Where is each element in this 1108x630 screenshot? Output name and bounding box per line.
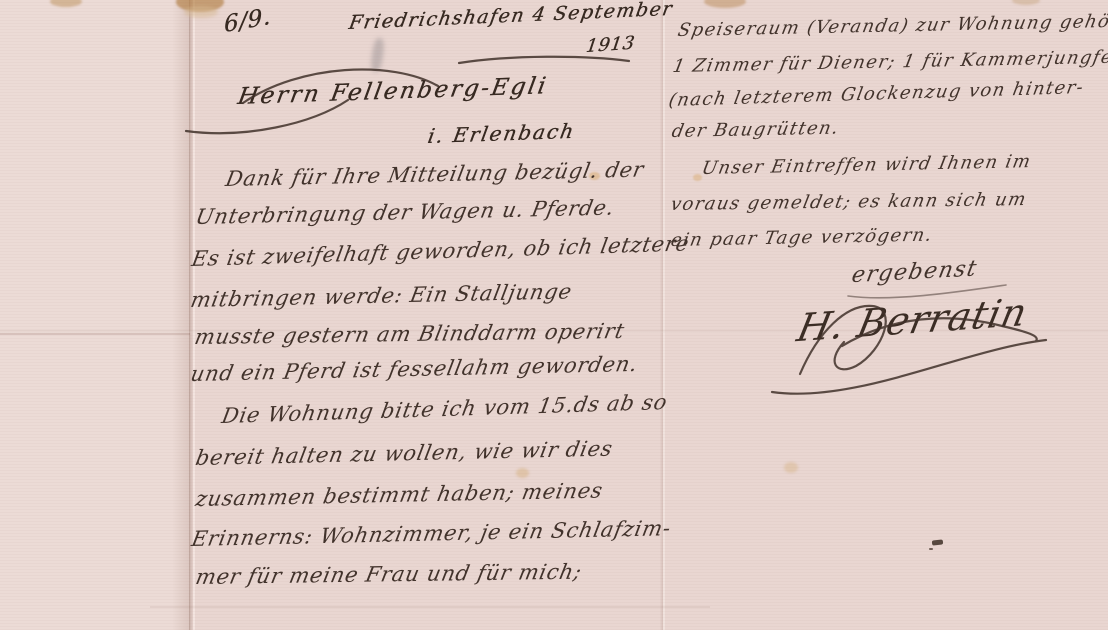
horizontal-crease-left <box>0 333 190 335</box>
page-seam-shading <box>172 0 190 630</box>
body-line: der Baugrütten. <box>670 117 841 142</box>
dateline-year: 1913 <box>585 32 637 57</box>
stain-top-left <box>50 0 82 7</box>
letter-scan: 6/9. Friedrichshafen 4 September 1913 He… <box>0 0 1108 630</box>
